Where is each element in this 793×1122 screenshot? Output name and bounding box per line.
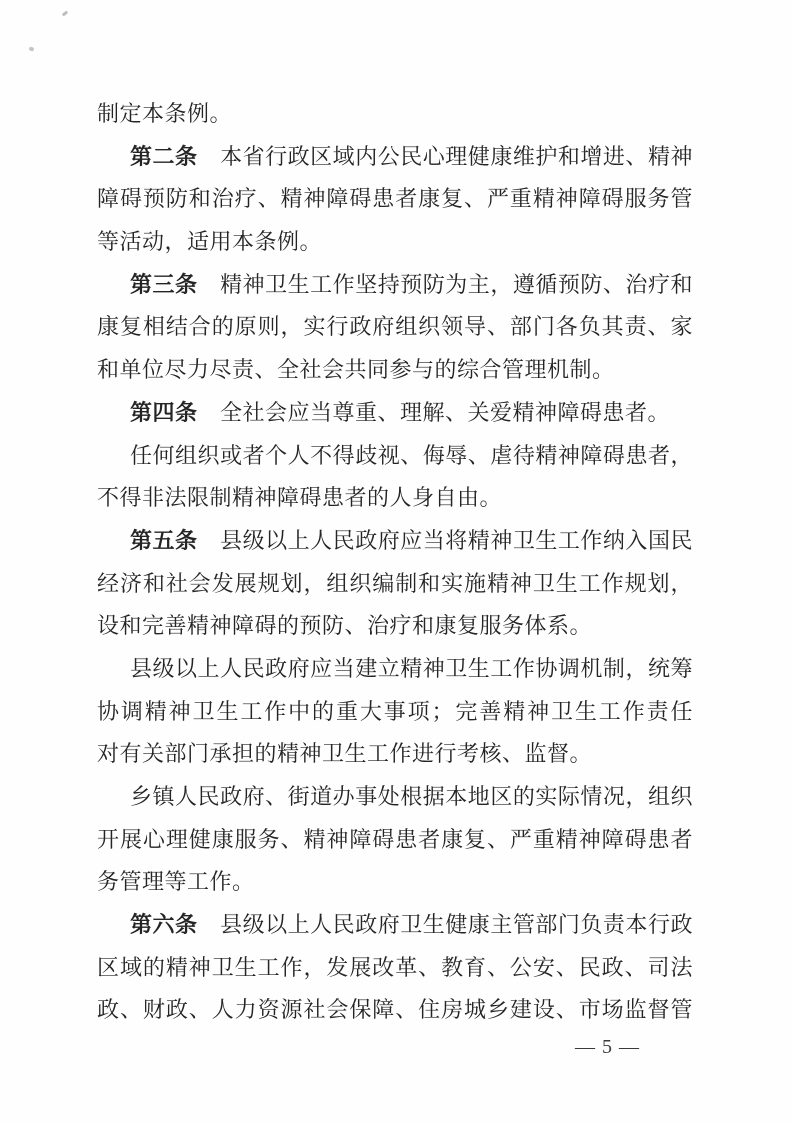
text-line: 乡镇人民政府、街道办事处根据本地区的实际情况，组织: [97, 776, 693, 819]
line-text: 区域的精神卫生工作，发展改革、教育、公安、民政、司法行: [97, 955, 693, 990]
line-text: 协调精神卫生工作中的重大事项；完善精神卫生工作责任制，: [97, 699, 693, 734]
text-line: 区域的精神卫生工作，发展改革、教育、公安、民政、司法行: [97, 947, 693, 990]
scan-artifact: [62, 10, 69, 16]
text-line: 障碍预防和治疗、精神障碍患者康复、严重精神障碍服务管理: [97, 178, 693, 221]
article-number: 第四条: [130, 400, 198, 425]
line-text: 不得非法限制精神障碍患者的人身自由。: [97, 485, 502, 510]
text-line: 和单位尽力尽责、全社会共同参与的综合管理机制。: [97, 349, 693, 392]
text-line: 政、财政、人力资源社会保障、住房城乡建设、市场监督管理、: [97, 989, 693, 1032]
text-line: 设和完善精神障碍的预防、治疗和康复服务体系。: [97, 605, 693, 648]
text-line: 经济和社会发展规划，组织编制和实施精神卫生工作规划，建: [97, 563, 693, 606]
line-text: 开展心理健康服务、精神障碍患者康复、严重精神障碍患者服: [97, 827, 693, 862]
scan-artifact: [28, 46, 34, 51]
article-number: 第六条: [130, 912, 198, 937]
line-text: 康复相结合的原则，实行政府组织领导、部门各负其责、家庭: [97, 314, 693, 349]
line-text: 乡镇人民政府、街道办事处根据本地区的实际情况，组织: [130, 784, 693, 809]
article-line: 第六条 县级以上人民政府卫生健康主管部门负责本行政: [97, 904, 693, 947]
text-line: 务管理等工作。: [97, 861, 693, 904]
line-text: 障碍预防和治疗、精神障碍患者康复、严重精神障碍服务管理: [97, 186, 693, 221]
line-text: 县级以上人民政府卫生健康主管部门负责本行政: [198, 912, 693, 937]
article-line: 第三条 精神卫生工作坚持预防为主，遵循预防、治疗和: [97, 264, 693, 307]
text-line: 对有关部门承担的精神卫生工作进行考核、监督。: [97, 733, 693, 776]
line-text: 等活动，适用本条例。: [97, 229, 322, 254]
line-text: 和单位尽力尽责、全社会共同参与的综合管理机制。: [97, 357, 615, 382]
line-text: 本省行政区域内公民心理健康维护和增进、精神: [198, 144, 693, 169]
text-line: 任何组织或者个人不得歧视、侮辱、虐待精神障碍患者，: [97, 435, 693, 478]
document-page: 制定本条例。第二条 本省行政区域内公民心理健康维护和增进、精神障碍预防和治疗、精…: [0, 0, 793, 1122]
article-number: 第二条: [130, 144, 198, 169]
line-text: 制定本条例。: [97, 101, 232, 126]
line-text: 全社会应当尊重、理解、关爱精神障碍患者。: [198, 400, 671, 425]
page-number: — 5 —: [575, 1032, 640, 1062]
line-text: 务管理等工作。: [97, 869, 255, 894]
line-text: 县级以上人民政府应当建立精神卫生工作协调机制，统筹: [130, 656, 693, 681]
line-text: 任何组织或者个人不得歧视、侮辱、虐待精神障碍患者，: [130, 443, 693, 468]
article-number: 第五条: [130, 528, 198, 553]
line-text: 县级以上人民政府应当将精神卫生工作纳入国民: [198, 528, 693, 553]
line-text: 政、财政、人力资源社会保障、住房城乡建设、市场监督管理、: [97, 997, 693, 1032]
article-line: 第四条 全社会应当尊重、理解、关爱精神障碍患者。: [97, 392, 693, 435]
text-line: 制定本条例。: [97, 93, 693, 136]
article-line: 第二条 本省行政区域内公民心理健康维护和增进、精神: [97, 136, 693, 179]
text-line: 协调精神卫生工作中的重大事项；完善精神卫生工作责任制，: [97, 691, 693, 734]
text-line: 康复相结合的原则，实行政府组织领导、部门各负其责、家庭: [97, 306, 693, 349]
document-body: 制定本条例。第二条 本省行政区域内公民心理健康维护和增进、精神障碍预防和治疗、精…: [97, 93, 693, 1032]
text-line: 等活动，适用本条例。: [97, 221, 693, 264]
line-text: 精神卫生工作坚持预防为主，遵循预防、治疗和: [198, 272, 693, 297]
text-line: 开展心理健康服务、精神障碍患者康复、严重精神障碍患者服: [97, 819, 693, 862]
text-line: 县级以上人民政府应当建立精神卫生工作协调机制，统筹: [97, 648, 693, 691]
line-text: 经济和社会发展规划，组织编制和实施精神卫生工作规划，建: [97, 571, 693, 606]
article-line: 第五条 县级以上人民政府应当将精神卫生工作纳入国民: [97, 520, 693, 563]
line-text: 对有关部门承担的精神卫生工作进行考核、监督。: [97, 741, 592, 766]
article-number: 第三条: [130, 272, 198, 297]
text-line: 不得非法限制精神障碍患者的人身自由。: [97, 477, 693, 520]
line-text: 设和完善精神障碍的预防、治疗和康复服务体系。: [97, 613, 592, 638]
